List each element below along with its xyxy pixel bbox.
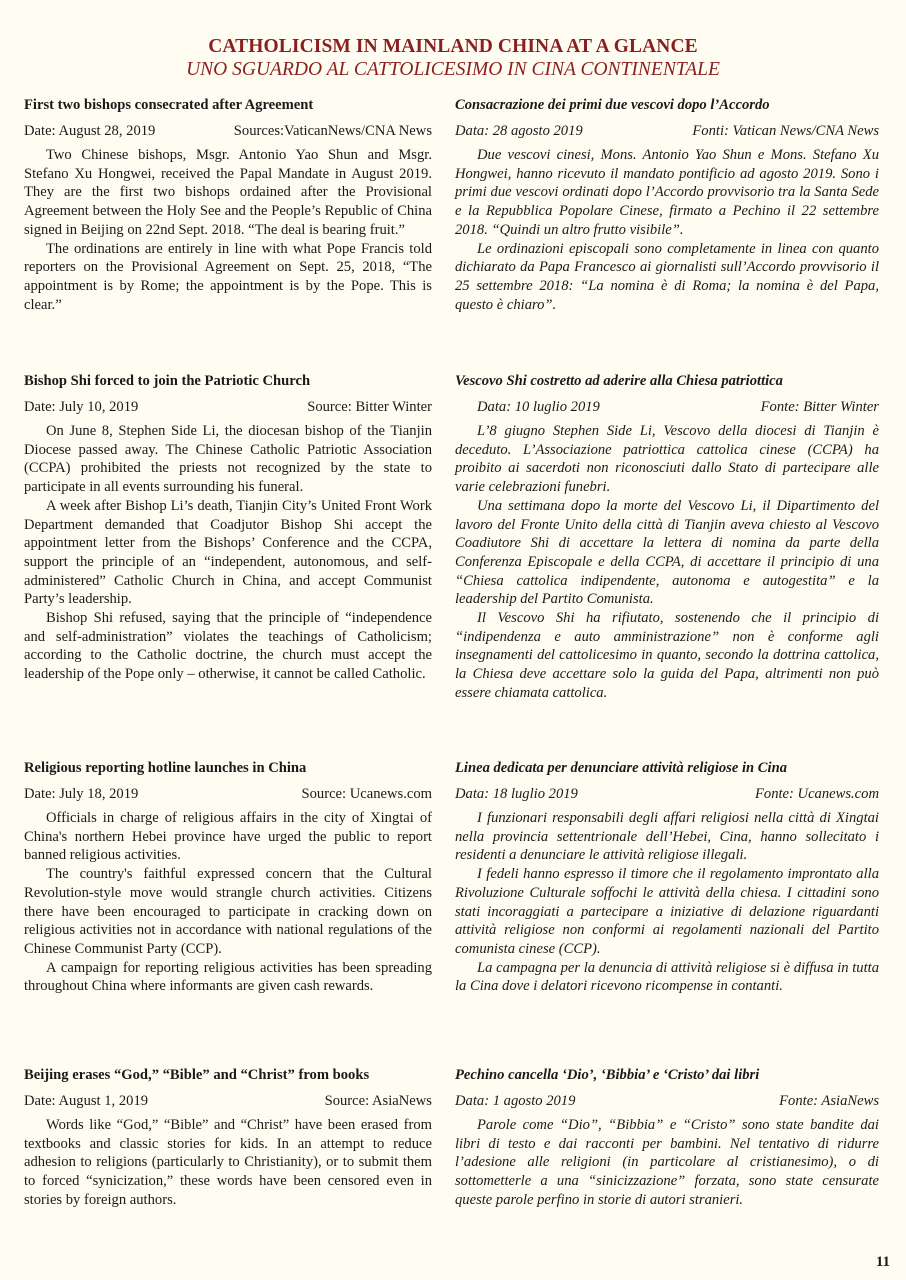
article-date: Data: 28 agosto 2019 (455, 122, 583, 140)
article-source: Source: AsiaNews (325, 1092, 432, 1110)
paragraph: Una settimana dopo la morte del Vescovo … (455, 497, 879, 609)
article-body: Two Chinese bishops, Msgr. Antonio Yao S… (24, 146, 432, 314)
article-body: Words like “God,” “Bible” and “Christ” h… (24, 1116, 432, 1210)
article-source: Source: Ucanews.com (302, 785, 433, 803)
paragraph: Due vescovi cinesi, Mons. Antonio Yao Sh… (455, 146, 879, 240)
paragraph: The ordinations are entirely in line wit… (24, 240, 432, 315)
article-date: Data: 1 agosto 2019 (455, 1092, 575, 1110)
article-body: On June 8, Stephen Side Li, the diocesan… (24, 422, 432, 684)
article-it-pechino-cancella: Pechino cancella ‘Dio’, ‘Bibbia’ e ‘Cris… (455, 1066, 879, 1210)
article-source: Fonte: AsiaNews (779, 1092, 879, 1110)
article-it-consacrazione: Consacrazione dei primi due vescovi dopo… (455, 96, 879, 314)
article-en-reporting-hotline: Religious reporting hotline launches in … (24, 759, 432, 996)
article-source: Fonte: Ucanews.com (755, 785, 879, 803)
article-meta: Data: 28 agosto 2019 Fonti: Vatican News… (455, 122, 879, 140)
article-meta: Date: August 28, 2019 Sources:VaticanNew… (24, 122, 432, 140)
paragraph: L’8 giugno Stephen Side Li, Vescovo dell… (455, 422, 879, 497)
article-en-beijing-erases: Beijing erases “God,” “Bible” and “Chris… (24, 1066, 432, 1210)
paragraph: Bishop Shi refused, saying that the prin… (24, 609, 432, 684)
article-meta: Date: July 10, 2019 Source: Bitter Winte… (24, 398, 432, 416)
article-title: Pechino cancella ‘Dio’, ‘Bibbia’ e ‘Cris… (455, 1066, 879, 1084)
paragraph: A campaign for reporting religious activ… (24, 959, 432, 996)
article-it-linea-dedicata: Linea dedicata per denunciare attività r… (455, 759, 879, 996)
article-date: Date: July 18, 2019 (24, 785, 138, 803)
article-date: Date: August 28, 2019 (24, 122, 155, 140)
article-date: Date: August 1, 2019 (24, 1092, 148, 1110)
article-title: Vescovo Shi costretto ad aderire alla Ch… (455, 372, 879, 390)
article-body: Officials in charge of religious affairs… (24, 809, 432, 996)
page-header: CATHOLICISM IN MAINLAND CHINA AT A GLANC… (0, 36, 906, 82)
article-meta: Date: August 1, 2019 Source: AsiaNews (24, 1092, 432, 1110)
article-title: Bishop Shi forced to join the Patriotic … (24, 372, 432, 390)
article-meta: Data: 10 luglio 2019 Fonte: Bitter Winte… (455, 398, 879, 416)
paragraph: Officials in charge of religious affairs… (24, 809, 432, 865)
paragraph: Words like “God,” “Bible” and “Christ” h… (24, 1116, 432, 1210)
article-source: Source: Bitter Winter (307, 398, 432, 416)
article-en-bishop-shi: Bishop Shi forced to join the Patriotic … (24, 372, 432, 684)
article-source: Sources:VaticanNews/CNA News (234, 122, 432, 140)
article-en-bishops-consecrated: First two bishops consecrated after Agre… (24, 96, 432, 314)
article-title: Religious reporting hotline launches in … (24, 759, 432, 777)
article-title: Linea dedicata per denunciare attività r… (455, 759, 879, 777)
paragraph: I fedeli hanno espresso il timore che il… (455, 865, 879, 959)
article-title: Beijing erases “God,” “Bible” and “Chris… (24, 1066, 432, 1084)
article-body: Parole come “Dio”, “Bibbia” e “Cristo” s… (455, 1116, 879, 1210)
paragraph: Parole come “Dio”, “Bibbia” e “Cristo” s… (455, 1116, 879, 1210)
article-meta: Data: 1 agosto 2019 Fonte: AsiaNews (455, 1092, 879, 1110)
article-meta: Data: 18 luglio 2019 Fonte: Ucanews.com (455, 785, 879, 803)
article-date: Date: July 10, 2019 (24, 398, 138, 416)
article-title: Consacrazione dei primi due vescovi dopo… (455, 96, 879, 114)
article-date: Data: 18 luglio 2019 (455, 785, 578, 803)
paragraph: Le ordinazioni episcopali sono completam… (455, 240, 879, 315)
article-body: L’8 giugno Stephen Side Li, Vescovo dell… (455, 422, 879, 703)
article-source: Fonti: Vatican News/CNA News (692, 122, 879, 140)
article-source: Fonte: Bitter Winter (761, 398, 879, 416)
paragraph: A week after Bishop Li’s death, Tianjin … (24, 497, 432, 609)
article-date: Data: 10 luglio 2019 (477, 398, 600, 416)
article-it-vescovo-shi: Vescovo Shi costretto ad aderire alla Ch… (455, 372, 879, 703)
title-english: CATHOLICISM IN MAINLAND CHINA AT A GLANC… (0, 36, 906, 58)
article-meta: Date: July 18, 2019 Source: Ucanews.com (24, 785, 432, 803)
article-body: Due vescovi cinesi, Mons. Antonio Yao Sh… (455, 146, 879, 314)
paragraph: I funzionari responsabili degli affari r… (455, 809, 879, 865)
page-number: 11 (876, 1254, 890, 1271)
article-body: I funzionari responsabili degli affari r… (455, 809, 879, 996)
paragraph: On June 8, Stephen Side Li, the diocesan… (24, 422, 432, 497)
paragraph: La campagna per la denuncia di attività … (455, 959, 879, 996)
paragraph: The country's faithful expressed concern… (24, 865, 432, 959)
paragraph: Il Vescovo Shi ha rifiutato, sostenendo … (455, 609, 879, 703)
article-title: First two bishops consecrated after Agre… (24, 96, 432, 114)
paragraph: Two Chinese bishops, Msgr. Antonio Yao S… (24, 146, 432, 240)
title-italian: UNO SGUARDO AL CATTOLICESIMO IN CINA CON… (0, 58, 906, 82)
